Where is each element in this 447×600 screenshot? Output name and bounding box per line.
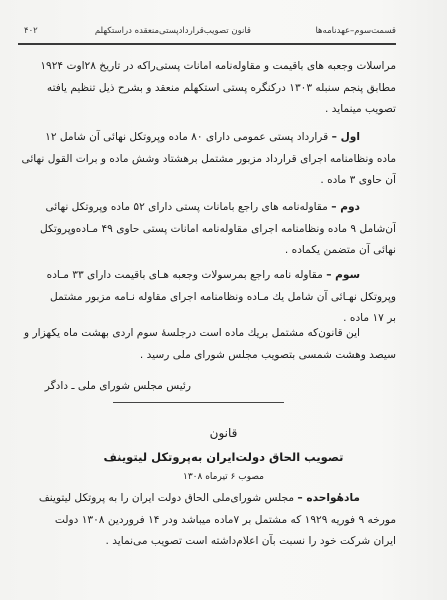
paragraph-line: مورخه ۹ فوریه ۱۹۲۹ که مشتمل بر ۷ماده میب… [20,510,396,532]
paragraph-text: مجلس شورای‌ملی الحاق دولت ایران را به پر… [39,492,294,504]
paragraph-line: ایران شرکت خود را نسبت بآن اعلام‌داشته ا… [20,531,396,553]
paragraph-line: نهائی آن متضمن یکماده . [20,240,396,262]
paragraph-line: آن‌شامل ۹ ماده ونظامنامه اجرای مقاوله‌نا… [20,219,396,241]
paragraph-line: وپروتکل نهـائی آن شامل یك مـاده ونظامنام… [20,287,396,309]
signature-line: رئیس مجلس شورای ملی ـ دادگر [45,380,191,392]
header-divider [18,43,396,45]
paragraph-line: مادهٔواحده – مجلس شورای‌ملی الحاق دولت ا… [20,488,396,510]
paragraph-text: مقاوله‌نامه های راجع بامانات پستی دارای … [45,201,327,213]
paragraph-line: تصویب مینماید . [20,99,396,121]
paragraph-lead: مادهٔواحده – [297,492,360,504]
paragraph-lead: اول – [332,131,360,143]
scanned-book-page: قسمت‌سوم–عهدنامه‌ها قانون تصویب‌قرارداد‌… [0,0,447,600]
paragraph-lead: سوم – [326,269,360,281]
paragraph-line: ماده ونظامنامه اجرای قرارداد مزبور مشتمل… [20,149,396,171]
paragraph-text: قرارداد پستی عمومی دارای ۸۰ ماده وپروتکل… [45,131,328,143]
law-heading: قانون [0,426,447,440]
header-law-title: قانون تصویب‌قرارداد‌پستی‌منعقده دراستکهل… [95,26,251,36]
paragraph-line: سوم – مقاوله نامه راجع بمرسولات وجعبه هـ… [20,265,396,287]
law-subtitle: تصویب الحاق دولت‌ایران به‌پروتکل لیتوینف [0,450,447,464]
paragraph-line: سیصد وهشت شمسی بتصویب مجلس شورای ملی رسی… [20,345,396,367]
paragraph-second: دوم – مقاوله‌نامه های راجع بامانات پستی … [20,197,396,262]
paragraph-ratification: این قانون‌که مشتمل بریك ماده است درجلسهٔ… [20,323,396,366]
paragraph-single-article: مادهٔواحده – مجلس شورای‌ملی الحاق دولت ا… [20,488,396,553]
paragraph-line: اول – قرارداد پستی عمومی دارای ۸۰ ماده و… [20,127,396,149]
running-header: قسمت‌سوم–عهدنامه‌ها قانون تصویب‌قرارداد‌… [18,26,396,42]
paragraph-third: سوم – مقاوله نامه راجع بمرسولات وجعبه هـ… [20,265,396,330]
law-approval-date: مصوب ۶ تیرماه ۱۳۰۸ [0,472,447,482]
paragraph-line: دوم – مقاوله‌نامه های راجع بامانات پستی … [20,197,396,219]
paragraph-line: آن حاوی ۳ ماده . [20,170,396,192]
paragraph-line: این قانون‌که مشتمل بریك ماده است درجلسهٔ… [20,323,396,345]
paragraph-text: مقاوله نامه راجع بمرسولات وجعبه هـای باق… [47,269,323,281]
paragraph-intro: مراسلات وجعبه های باقیمت و مقاوله‌نامه ا… [20,56,396,121]
paragraph-line: مراسلات وجعبه های باقیمت و مقاوله‌نامه ا… [20,56,396,78]
paragraph-line: مطابق پنجم سنبله ۱۳۰۳ درکنگره پستی استکه… [20,78,396,100]
page-number: ۴۰۲ [24,26,38,36]
paragraph-first: اول – قرارداد پستی عمومی دارای ۸۰ ماده و… [20,127,396,192]
paragraph-lead: دوم – [331,201,360,213]
section-divider [113,402,284,403]
header-section-title: قسمت‌سوم–عهدنامه‌ها [315,26,396,36]
